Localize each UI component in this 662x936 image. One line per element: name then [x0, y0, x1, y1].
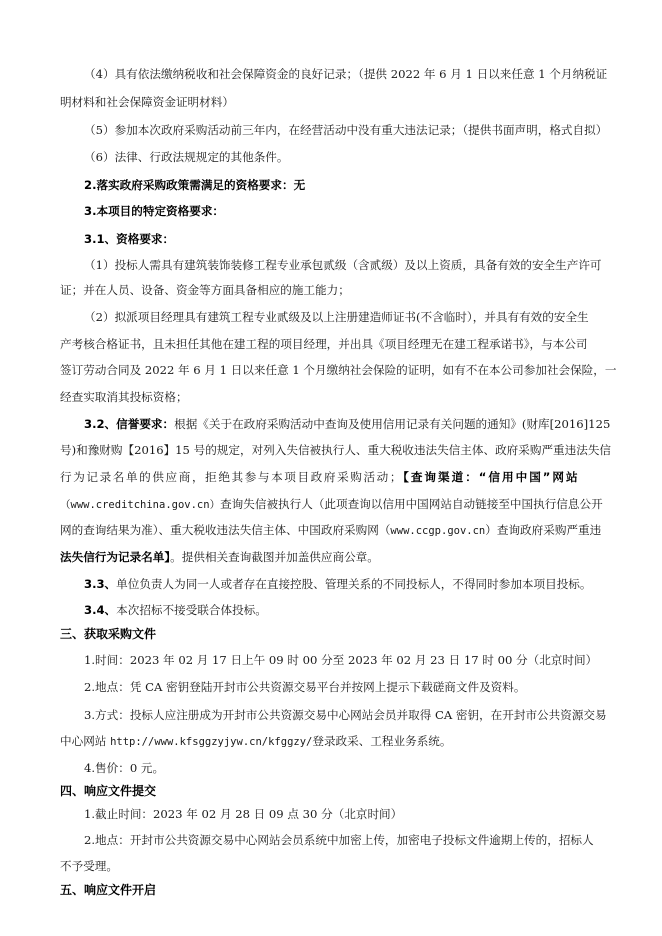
creditchina-link[interactable]: （www.creditchina.gov.cn）: [60, 499, 220, 511]
qualification-2-line1: （2）拟派项目经理具有建筑工程专业贰级及以上注册建造师证书(不含临时），并具有有…: [84, 309, 589, 325]
specific-requirement-heading: 3.本项目的特定资格要求：: [84, 203, 224, 219]
requirement-3-4: 3.4、本次招标不接受联合体投标。: [84, 602, 267, 618]
credit-requirement-line3: 行为记录名单的供应商，拒绝其参与本项目政府采购活动；【查询渠道：“信用中国”网站: [60, 469, 580, 485]
credit-requirement-text: ）查询政府采购严重违: [485, 523, 601, 537]
section-3-heading: 三、获取采购文件: [60, 626, 156, 642]
qualification-requirement-heading: 3.1、资格要求：: [84, 231, 174, 247]
section-4-heading: 四、响应文件提交: [60, 783, 156, 799]
kfsggzyjyw-link[interactable]: http://www.kfsggzyjyw.cn/kfggzy/: [110, 736, 312, 748]
ccgp-link[interactable]: www.ccgp.gov.cn: [390, 525, 485, 537]
qualification-2-line2: 产考核合格证书，且未担任其他在建工程的项目经理，并出具《项目经理无在建工程承诺书…: [60, 336, 588, 352]
credit-requirement-line1: 3.2、信誉要求：根据《关于在政府采购活动中查询及使用信用记录有关问题的通知》(…: [84, 416, 610, 432]
section-3-item-location: 2.地点：凭 CA 密钥登陆开封市公共资源交易平台并按网上提示下载磋商文件及资料…: [84, 679, 525, 695]
section-3-item-method-line1: 3.方式：投标人应注册成为开封市公共资源交易中心网站会员并取得 CA 密钥，在开…: [84, 707, 607, 723]
credit-requirement-text: 行为记录名单的供应商，拒绝其参与本项目政府采购活动；: [60, 470, 403, 484]
condition-6: （6）法律、行政法规规定的其他条件。: [84, 149, 288, 165]
credit-requirement-text: 网的查询结果为准）、重大税收违法失信主体、中国政府采购网（: [60, 523, 390, 537]
section-3-item-method-line2: 中心网站 http://www.kfsggzyjyw.cn/kfggzy/登录政…: [60, 733, 452, 749]
query-channel-text: 法失信行为记录名单: [60, 550, 164, 564]
credit-requirement-line4: （www.creditchina.gov.cn）查询失信被执行人（此项查询以信用…: [60, 496, 603, 512]
requirement-3-3: 3.3、单位负责人为同一人或者存在直接控股、管理关系的不同投标人，不得同时参加本…: [84, 576, 592, 592]
query-channel-label: 【查询渠道：“信用中国”网站: [403, 470, 580, 484]
qualification-2-line4: 经查实取消其投标资格；: [60, 389, 188, 405]
section-4-item-deadline: 1.截止时间：2023 年 02 月 28 日 09 点 30 分（北京时间）: [84, 806, 402, 822]
condition-4-line2: 明材料和社会保障资金证明材料）: [60, 94, 234, 110]
method-text: 中心网站: [60, 734, 110, 748]
qualification-1-line1: （1）投标人需具有建筑装饰装修工程专业承包贰级（含贰级）及以上资质，具备有效的安…: [84, 257, 602, 273]
section-4-item-location-line2: 不予受理。: [60, 858, 118, 874]
qualification-2-line3: 签订劳动合同及 2022 年 6 月 1 日以来任意 1 个月缴纳社会保险的证明…: [60, 362, 616, 378]
requirement-3-4-label: 3.4、: [84, 603, 116, 617]
requirement-3-4-text: 本次招标不接受联合体投标。: [116, 603, 267, 617]
section-4-item-location-line1: 2.地点：开封市公共资源交易中心网站会员系统中加密上传，加密电子投标文件逾期上传…: [84, 832, 594, 848]
qualification-1-line2: 证；并在人员、设备、资金等方面具备相应的施工能力；: [60, 282, 350, 298]
credit-requirement-text: 查询失信被执行人（此项查询以信用中国网站自动链接至中国执行信息公开: [220, 497, 603, 511]
method-text: 登录政采、工程业务系统。: [312, 734, 451, 748]
credit-requirement-line6: 法失信行为记录名单】。提供相关查询截图并加盖供应商公章。: [60, 549, 379, 565]
credit-requirement-text: 。提供相关查询截图并加盖供应商公章。: [170, 550, 379, 564]
credit-requirement-text: 根据《关于在政府采购活动中查询及使用信用记录有关问题的通知》(财库[2016]1…: [174, 417, 610, 431]
policy-requirement-heading: 2.落实政府采购政策需满足的资格要求：无: [84, 177, 305, 193]
condition-5: （5）参加本次政府采购活动前三年内，在经营活动中没有重大违法记录；（提供书面声明…: [84, 122, 607, 138]
credit-requirement-label: 3.2、信誉要求：: [84, 417, 174, 431]
requirement-3-3-text: 单位负责人为同一人或者存在直接控股、管理关系的不同投标人，不得同时参加本项目投标…: [116, 577, 591, 591]
requirement-3-3-label: 3.3、: [84, 577, 116, 591]
section-5-heading: 五、响应文件开启: [60, 882, 156, 898]
section-3-item-price: 4.售价：0 元。: [84, 760, 164, 776]
credit-requirement-line5: 网的查询结果为准）、重大税收违法失信主体、中国政府采购网（www.ccgp.go…: [60, 522, 601, 538]
condition-4-line1: （4）具有依法缴纳税收和社会保障资金的良好记录；（提供 2022 年 6 月 1…: [84, 66, 607, 82]
credit-requirement-line2: 号)和豫财购【2016】15 号的规定，对列入失信被执行人、重大税收违法失信主体…: [60, 442, 611, 458]
section-3-item-time: 1.时间：2023 年 02 月 17 日上午 09 时 00 分至 2023 …: [84, 652, 597, 668]
